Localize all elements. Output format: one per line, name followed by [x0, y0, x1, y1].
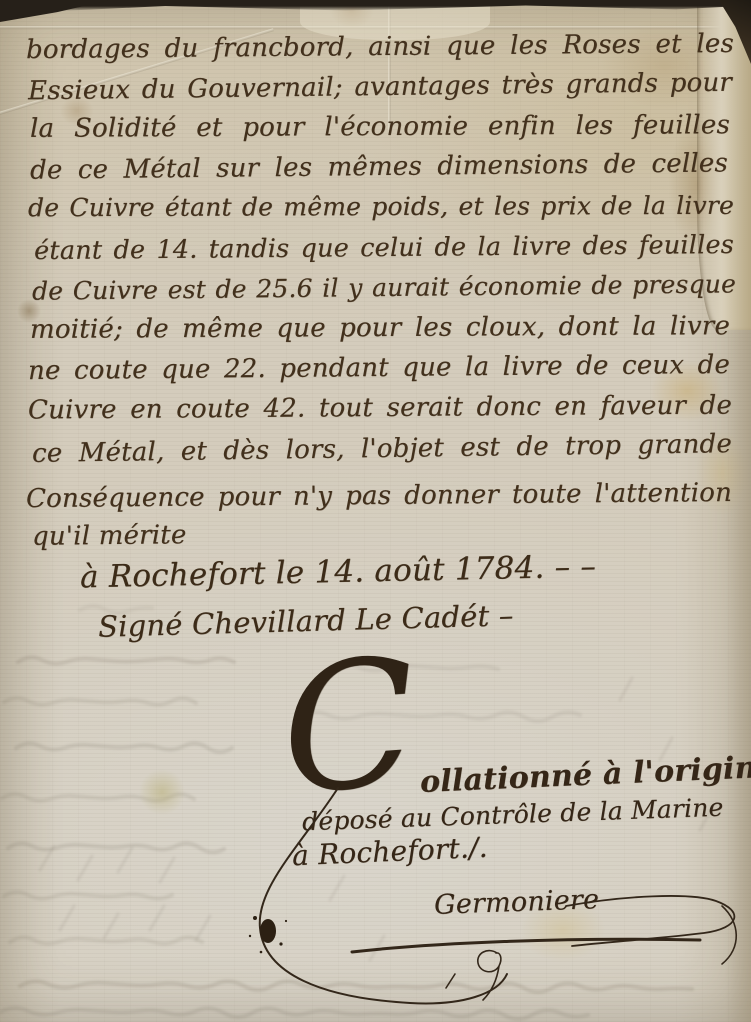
signature-underline: [352, 939, 700, 952]
caret-mark: [446, 974, 455, 988]
body-line: ce Métal, et dès lors, l'objet est de tr…: [32, 427, 732, 472]
paraph-mark: [478, 951, 501, 1000]
manuscript-page: bordages du francbord, ainsi que les Ros…: [0, 0, 751, 1022]
photo-edge-top: [0, 0, 751, 11]
body-line: Essieux du Gouvernail; avantages très gr…: [28, 66, 732, 110]
stain: [330, 0, 374, 28]
body-line: de Cuivre est de 25.6 il y aurait économ…: [32, 267, 736, 308]
certification-line-3: à Rochefort./.: [291, 829, 488, 875]
dateline: à Rochefort le 14. août 1784. – –: [80, 547, 597, 600]
body-line: ne coute que 22. pendant que la livre de…: [28, 348, 730, 389]
body-line: étant de 14. tandis que celui de la livr…: [34, 228, 734, 269]
ink-blot: [249, 916, 287, 953]
stain: [138, 768, 186, 816]
signature-right-hook: [722, 906, 736, 964]
body-line: moitié; de même que pour les cloux, dont…: [30, 309, 730, 348]
body-line: bordages du francbord, ainsi que les Ros…: [26, 27, 734, 68]
body-line: Cuivre en coute 42. tout serait donc en …: [28, 389, 732, 429]
body-line: de Cuivre étant de même poids, et les pr…: [28, 189, 734, 225]
body-line: la Solidité et pour l'économie enfin les…: [30, 108, 730, 147]
collationne-initial-c: C: [276, 636, 422, 820]
body-line: Conséquence pour n'y pas donner toute l'…: [26, 476, 732, 517]
body-line: qu'il mérite: [32, 518, 187, 555]
body-line: de ce Métal sur les mêmes dimensions de …: [30, 146, 728, 188]
photo-edge-top-left: [0, 0, 110, 22]
countersignature: Germoniere: [433, 882, 599, 924]
